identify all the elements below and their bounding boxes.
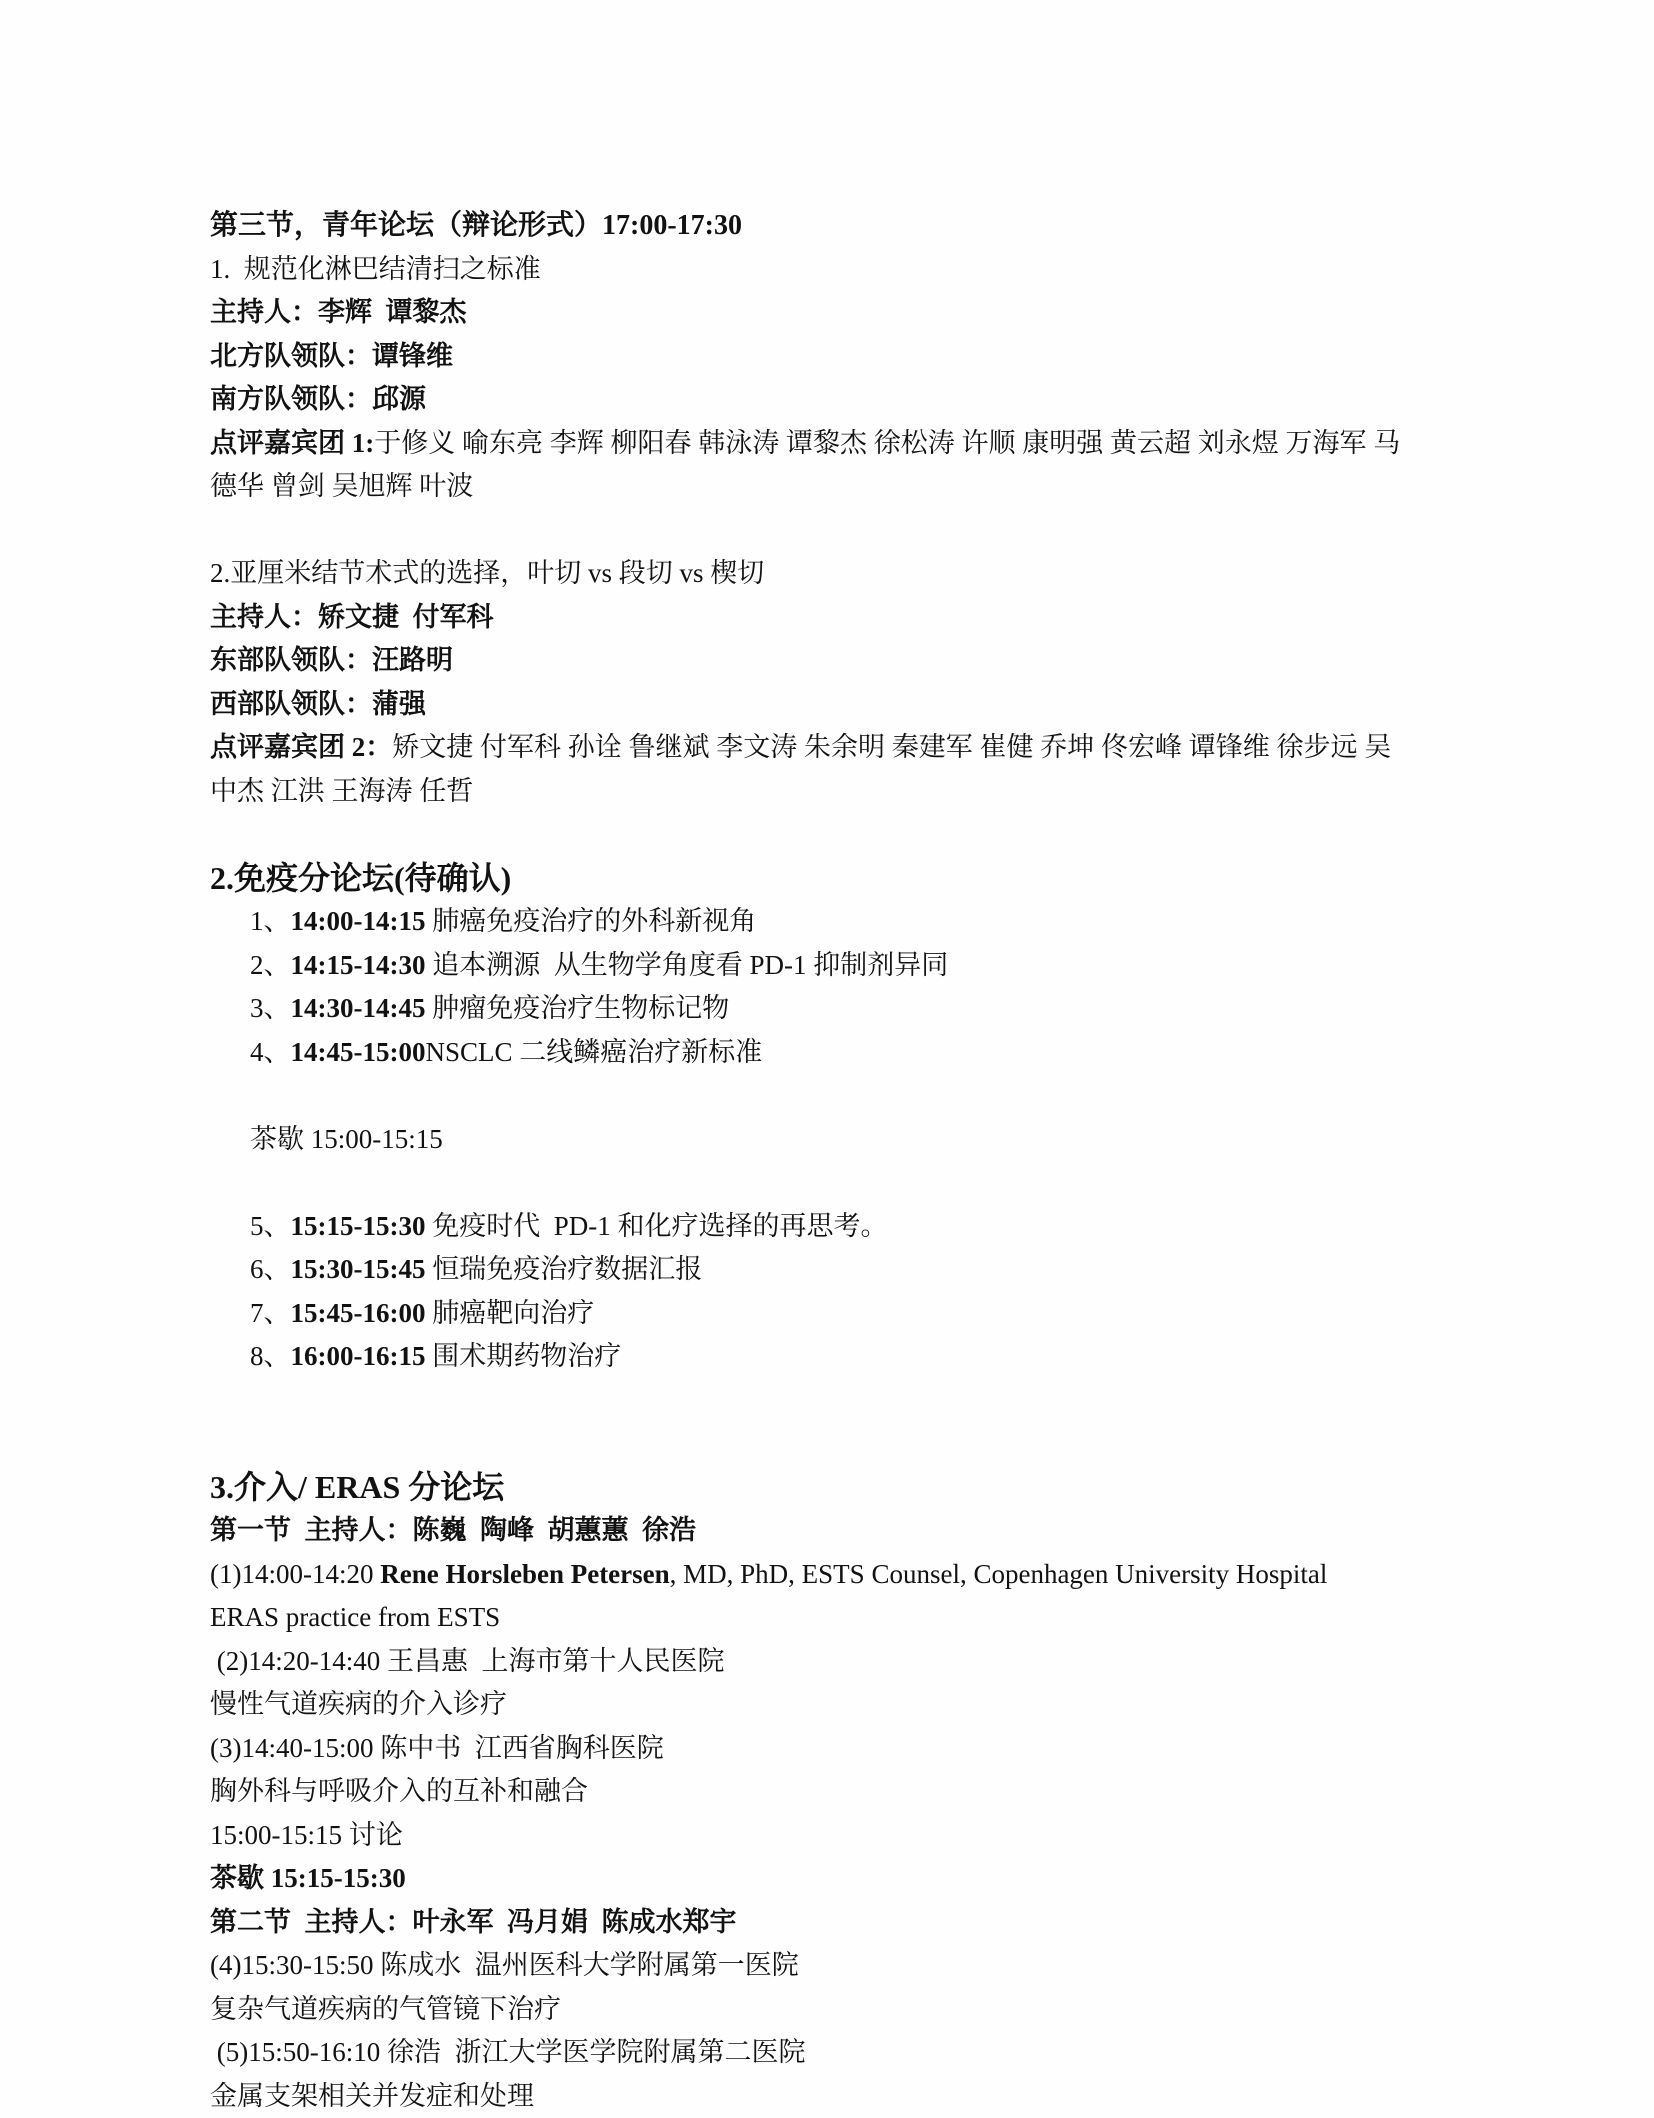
item-title: 围术期药物治疗 bbox=[425, 1341, 621, 1371]
debate1-topic: 1. 规范化淋巴结清扫之标准 bbox=[210, 248, 1414, 292]
item-time: 14:15-14:30 bbox=[291, 950, 426, 980]
spacer bbox=[210, 1074, 1414, 1118]
agenda-item-7: 7、15:45-16:00 肺癌靶向治疗 bbox=[210, 1292, 1414, 1336]
talk1-time: (1)14:00-14:20 bbox=[210, 1559, 380, 1589]
tea-break-line-2: 茶歇 15:15-15:30 bbox=[210, 1857, 1414, 1901]
talk3-title-line: 胸外科与呼吸介入的互补和融合 bbox=[210, 1770, 1414, 1814]
item-time: 15:30-15:45 bbox=[291, 1254, 426, 1284]
item-title: 肿瘤免疫治疗生物标记物 bbox=[425, 993, 729, 1023]
talk1-title-line: ERAS practice from ESTS bbox=[210, 1596, 1414, 1640]
item-number: 5、 bbox=[250, 1211, 291, 1241]
spacer bbox=[210, 1379, 1414, 1423]
item-title: 肺癌靶向治疗 bbox=[425, 1298, 594, 1328]
talk3-line: (3)14:40-15:00 陈中书 江西省胸科医院 bbox=[210, 1727, 1414, 1771]
item-time: 14:45-15:00 bbox=[291, 1037, 426, 1067]
item-title: 肺癌免疫治疗的外科新视角 bbox=[425, 906, 756, 936]
item-number: 4、 bbox=[250, 1037, 291, 1067]
item-number: 8、 bbox=[250, 1341, 291, 1371]
item-time: 14:00-14:15 bbox=[291, 906, 426, 936]
talk1-line: (1)14:00-14:20 Rene Horsleben Petersen, … bbox=[210, 1553, 1414, 1597]
debate1-hosts-line: 主持人：李辉 谭黎杰 bbox=[210, 291, 1414, 335]
session2-heading: 第二节 主持人：叶永军 冯月娟 陈成水郑宇 bbox=[210, 1901, 1414, 1945]
eras-forum-heading: 3.介入/ ERAS 分论坛 bbox=[210, 1466, 1414, 1510]
talk2-title-line: 慢性气道疾病的介入诊疗 bbox=[210, 1683, 1414, 1727]
debate1-south-team-line: 南方队领队：邱源 bbox=[210, 378, 1414, 422]
spacer bbox=[210, 509, 1414, 553]
spacer bbox=[210, 813, 1414, 857]
debate2-west-team-line: 西部队领队：蒲强 bbox=[210, 683, 1414, 727]
item-title: 恒瑞免疫治疗数据汇报 bbox=[425, 1254, 702, 1284]
spacer bbox=[210, 1422, 1414, 1466]
youth-forum-heading: 第三节，青年论坛（辩论形式）17:00-17:30 bbox=[210, 204, 1414, 248]
talk1-speaker-name: Rene Horsleben Petersen bbox=[380, 1559, 669, 1589]
agenda-item-2: 2、14:15-14:30 追本溯源 从生物学角度看 PD-1 抑制剂异同 bbox=[210, 944, 1414, 988]
spacer bbox=[210, 1161, 1414, 1205]
agenda-item-4: 4、14:45-15:00NSCLC 二线鳞癌治疗新标准 bbox=[210, 1031, 1414, 1075]
item-number: 7、 bbox=[250, 1298, 291, 1328]
talk5-title-line: 金属支架相关并发症和处理 bbox=[210, 2075, 1414, 2118]
debate2-panel-line: 点评嘉宾团 2：矫文捷 付军科 孙诠 鲁继斌 李文涛 朱余明 秦建军 崔健 乔坤… bbox=[210, 726, 1414, 813]
session1-heading: 第一节 主持人：陈巍 陶峰 胡蕙蕙 徐浩 bbox=[210, 1509, 1414, 1553]
item-time: 15:15-15:30 bbox=[291, 1211, 426, 1241]
agenda-item-5: 5、15:15-15:30 免疫时代 PD-1 和化疗选择的再思考。 bbox=[210, 1205, 1414, 1249]
item-number: 6、 bbox=[250, 1254, 291, 1284]
item-number: 3、 bbox=[250, 993, 291, 1023]
item-time: 16:00-16:15 bbox=[291, 1341, 426, 1371]
item-title: 追本溯源 从生物学角度看 PD-1 抑制剂异同 bbox=[425, 950, 948, 980]
discussion-line: 15:00-15:15 讨论 bbox=[210, 1814, 1414, 1858]
agenda-item-6: 6、15:30-15:45 恒瑞免疫治疗数据汇报 bbox=[210, 1248, 1414, 1292]
debate2-panel-label: 点评嘉宾团 2： bbox=[210, 732, 392, 762]
agenda-item-1: 1、14:00-14:15 肺癌免疫治疗的外科新视角 bbox=[210, 900, 1414, 944]
item-number: 2、 bbox=[250, 950, 291, 980]
item-title: NSCLC 二线鳞癌治疗新标准 bbox=[425, 1037, 762, 1067]
item-time: 14:30-14:45 bbox=[291, 993, 426, 1023]
debate1-panel-label: 点评嘉宾团 1: bbox=[210, 428, 374, 458]
talk4-line: (4)15:30-15:50 陈成水 温州医科大学附属第一医院 bbox=[210, 1944, 1414, 1988]
talk4-title-line: 复杂气道疾病的气管镜下治疗 bbox=[210, 1988, 1414, 2032]
agenda-item-8: 8、16:00-16:15 围术期药物治疗 bbox=[210, 1335, 1414, 1379]
agenda-item-3: 3、14:30-14:45 肿瘤免疫治疗生物标记物 bbox=[210, 987, 1414, 1031]
tea-break-line: 茶歇 15:00-15:15 bbox=[210, 1118, 1414, 1162]
debate1-panel-members: 于修义 喻东亮 李辉 柳阳春 韩泳涛 谭黎杰 徐松涛 许顺 康明强 黄云超 刘永… bbox=[210, 428, 1400, 502]
immuno-forum-heading: 2.免疫分论坛(待确认) bbox=[210, 857, 1414, 901]
item-time: 15:45-16:00 bbox=[291, 1298, 426, 1328]
talk5-line: (5)15:50-16:10 徐浩 浙江大学医学院附属第二医院 bbox=[210, 2031, 1414, 2075]
talk1-credentials: , MD, PhD, ESTS Counsel, Copenhagen Univ… bbox=[670, 1559, 1328, 1589]
debate2-topic: 2.亚厘米结节术式的选择，叶切 vs 段切 vs 楔切 bbox=[210, 552, 1414, 596]
debate2-east-team-line: 东部队领队：汪路明 bbox=[210, 639, 1414, 683]
debate2-hosts-line: 主持人：矫文捷 付军科 bbox=[210, 596, 1414, 640]
item-title: 免疫时代 PD-1 和化疗选择的再思考。 bbox=[425, 1211, 887, 1241]
debate1-panel-line: 点评嘉宾团 1:于修义 喻东亮 李辉 柳阳春 韩泳涛 谭黎杰 徐松涛 许顺 康明… bbox=[210, 422, 1414, 509]
debate1-north-team-line: 北方队领队：谭锋维 bbox=[210, 335, 1414, 379]
talk2-line: (2)14:20-14:40 王昌惠 上海市第十人民医院 bbox=[210, 1640, 1414, 1684]
document-page: 第三节，青年论坛（辩论形式）17:00-17:30 1. 规范化淋巴结清扫之标准… bbox=[0, 0, 1654, 2118]
item-number: 1、 bbox=[250, 906, 291, 936]
